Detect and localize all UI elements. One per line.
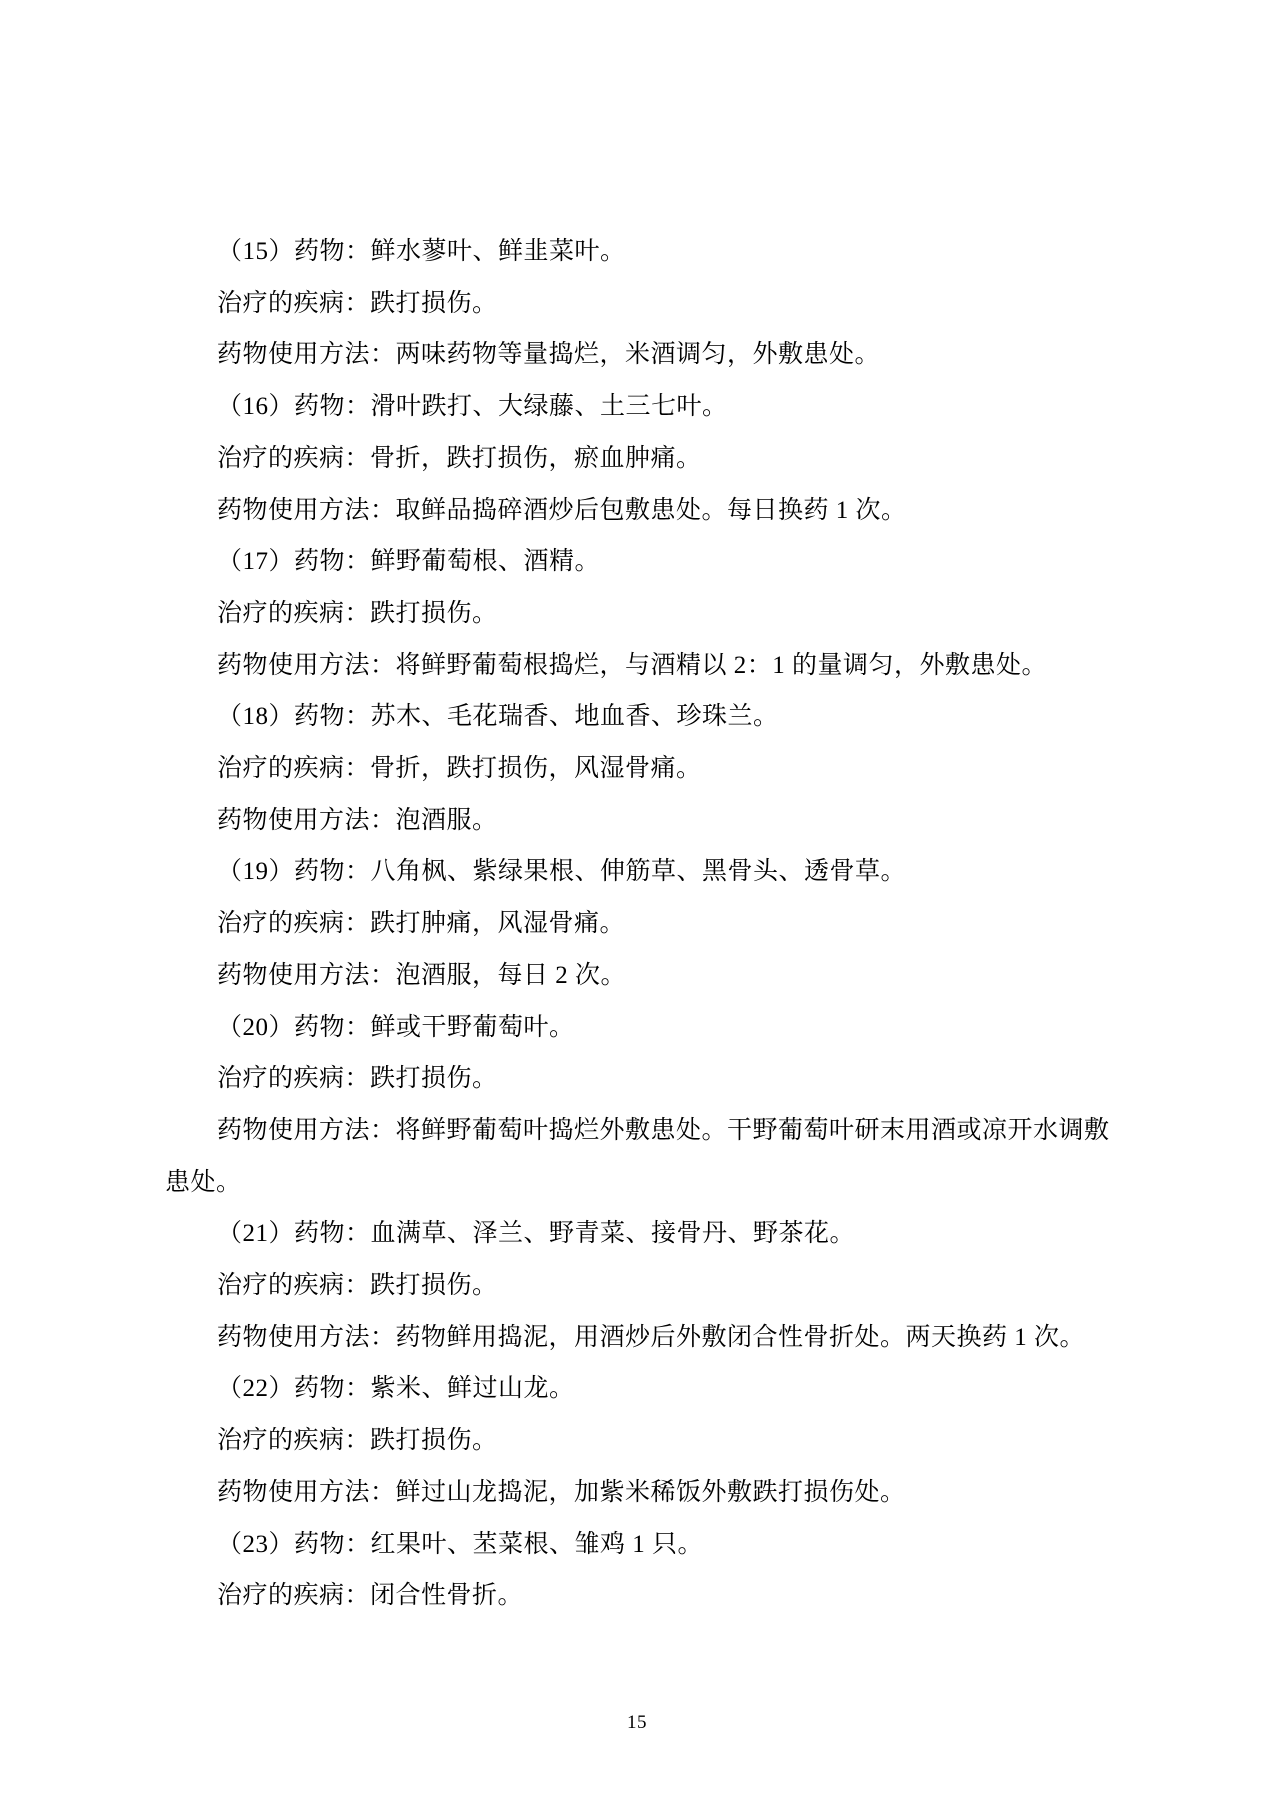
entry-21-disease-line: 治疗的疾病：跌打损伤。 — [165, 1260, 1125, 1312]
entry-22-drugs-line: （22）药物：紫米、鲜过山龙。 — [165, 1363, 1125, 1415]
document-body: （15）药物：鲜水蓼叶、鲜韭菜叶。治疗的疾病：跌打损伤。药物使用方法：两味药物等… — [165, 226, 1125, 1622]
entry-19-drugs-line: （19）药物：八角枫、紫绿果根、伸筋草、黑骨头、透骨草。 — [165, 846, 1125, 898]
entry-19-usage-line: 药物使用方法：泡酒服，每日 2 次。 — [165, 950, 1125, 1002]
entry-18-disease-line: 治疗的疾病：骨折，跌打损伤，风湿骨痛。 — [165, 743, 1125, 795]
page-number: 15 — [0, 1712, 1274, 1734]
entry-15-disease-line: 治疗的疾病：跌打损伤。 — [165, 278, 1125, 330]
entry-17-drugs-line: （17）药物：鲜野葡萄根、酒精。 — [165, 536, 1125, 588]
entry-17-disease-line: 治疗的疾病：跌打损伤。 — [165, 588, 1125, 640]
entry-15-usage-line: 药物使用方法：两味药物等量捣烂，米酒调匀，外敷患处。 — [165, 329, 1125, 381]
entry-21-drugs-line: （21）药物：血满草、泽兰、野青菜、接骨丹、野茶花。 — [165, 1208, 1125, 1260]
entry-23-drugs-line: （23）药物：红果叶、苤菜根、雏鸡 1 只。 — [165, 1519, 1125, 1571]
entry-18-usage-line: 药物使用方法：泡酒服。 — [165, 795, 1125, 847]
entry-16-disease-line: 治疗的疾病：骨折，跌打损伤，瘀血肿痛。 — [165, 433, 1125, 485]
entry-16-usage-line: 药物使用方法：取鲜品捣碎酒炒后包敷患处。每日换药 1 次。 — [165, 485, 1125, 537]
entry-22-disease-line: 治疗的疾病：跌打损伤。 — [165, 1415, 1125, 1467]
entry-18-drugs-line: （18）药物：苏木、毛花瑞香、地血香、珍珠兰。 — [165, 691, 1125, 743]
entry-15-drugs-line: （15）药物：鲜水蓼叶、鲜韭菜叶。 — [165, 226, 1125, 278]
entry-19-disease-line: 治疗的疾病：跌打肿痛，风湿骨痛。 — [165, 898, 1125, 950]
entry-20-disease-line: 治疗的疾病：跌打损伤。 — [165, 1053, 1125, 1105]
entry-22-usage-line: 药物使用方法：鲜过山龙捣泥，加紫米稀饭外敷跌打损伤处。 — [165, 1467, 1125, 1519]
entry-20-usage-continuation-line: 患处。 — [165, 1157, 1125, 1209]
entry-20-drugs-line: （20）药物：鲜或干野葡萄叶。 — [165, 1002, 1125, 1054]
entry-17-usage-line: 药物使用方法：将鲜野葡萄根捣烂，与酒精以 2：1 的量调匀，外敷患处。 — [165, 640, 1125, 692]
entry-21-usage-line: 药物使用方法：药物鲜用捣泥，用酒炒后外敷闭合性骨折处。两天换药 1 次。 — [165, 1312, 1125, 1364]
entry-20-usage-line: 药物使用方法：将鲜野葡萄叶捣烂外敷患处。干野葡萄叶研末用酒或凉开水调敷 — [165, 1105, 1125, 1157]
document-page: （15）药物：鲜水蓼叶、鲜韭菜叶。治疗的疾病：跌打损伤。药物使用方法：两味药物等… — [0, 0, 1274, 1801]
entry-23-disease-line: 治疗的疾病：闭合性骨折。 — [165, 1570, 1125, 1622]
entry-16-drugs-line: （16）药物：滑叶跌打、大绿藤、土三七叶。 — [165, 381, 1125, 433]
